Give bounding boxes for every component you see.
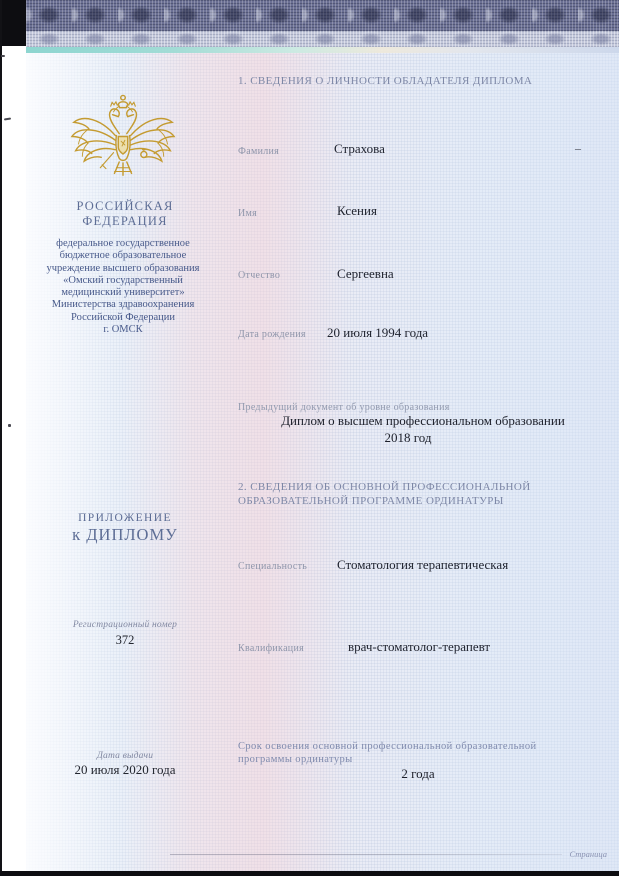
field-value-birthdate: 20 июля 1994 года bbox=[327, 325, 428, 341]
guilloche-border-dark bbox=[26, 0, 619, 31]
institution-name: федеральное государственное бюджетное об… bbox=[25, 238, 221, 336]
institution-line: «Омский государственный bbox=[25, 275, 221, 287]
institution-line: Российской Федерации bbox=[25, 312, 221, 324]
duration-label-line1: Срок освоения основной профессиональной … bbox=[238, 740, 537, 753]
doc-type-line1: ПРИЛОЖЕНИЕ bbox=[30, 512, 220, 524]
scan-edge-artifact bbox=[0, 0, 2, 876]
scan-speck bbox=[8, 424, 11, 427]
scan-speck bbox=[1, 55, 5, 57]
previous-document-value: Диплом о высшем профессиональном образов… bbox=[238, 413, 608, 429]
issue-date-value: 20 июля 2020 года bbox=[30, 762, 220, 778]
duration-label-line2: программы ординатуры bbox=[238, 753, 537, 766]
diploma-supplement-scan: РОССИЙСКАЯ ФЕДЕРАЦИЯ федеральное государ… bbox=[0, 0, 619, 876]
field-label-specialty: Специальность bbox=[238, 561, 307, 572]
country-name: РОССИЙСКАЯ ФЕДЕРАЦИЯ bbox=[30, 199, 220, 229]
section1-title: 1. СВЕДЕНИЯ О ЛИЧНОСТИ ОБЛАДАТЕЛЯ ДИПЛОМ… bbox=[238, 74, 532, 88]
section2-title: 2. СВЕДЕНИЯ ОБ ОСНОВНОЙ ПРОФЕССИОНАЛЬНОЙ… bbox=[238, 480, 531, 508]
field-label-birthdate: Дата рождения bbox=[238, 329, 306, 340]
field-value-specialty: Стоматология терапевтическая bbox=[337, 557, 508, 573]
scan-fold-line bbox=[170, 854, 562, 855]
section2-title-line1: 2. СВЕДЕНИЯ ОБ ОСНОВНОЙ ПРОФЕССИОНАЛЬНОЙ bbox=[238, 480, 531, 494]
field-label-surname: Фамилия bbox=[238, 146, 279, 157]
country-line2: ФЕДЕРАЦИЯ bbox=[30, 214, 220, 229]
field-label-qualification: Квалификация bbox=[238, 643, 304, 654]
institution-line: медицинский университет» bbox=[25, 287, 221, 299]
field-value-firstname: Ксения bbox=[337, 203, 377, 219]
institution-line: г. ОМСК bbox=[25, 324, 221, 336]
country-line1: РОССИЙСКАЯ bbox=[30, 199, 220, 214]
guilloche-border-accent bbox=[26, 47, 619, 53]
field-label-firstname: Имя bbox=[238, 208, 257, 219]
scan-bottom-artifact bbox=[0, 871, 619, 876]
section2-title-line2: ОБРАЗОВАТЕЛЬНОЙ ПРОГРАММЕ ОРДИНАТУРЫ bbox=[238, 494, 531, 508]
guilloche-border-light bbox=[26, 31, 619, 47]
previous-document-label: Предыдущий документ об уровне образовани… bbox=[238, 402, 450, 413]
registration-number-value: 372 bbox=[30, 633, 220, 648]
issue-date-label: Дата выдачи bbox=[30, 751, 220, 761]
page-footer-label: Страница bbox=[570, 849, 608, 859]
institution-line: федеральное государственное bbox=[25, 238, 221, 250]
scan-corner-artifact bbox=[0, 0, 26, 46]
registration-number-label: Регистрационный номер bbox=[30, 620, 220, 630]
field-value-patronymic: Сергеевна bbox=[337, 266, 394, 282]
field-value-qualification: врач-стоматолог-терапевт bbox=[348, 639, 490, 655]
margin-dash-mark: – bbox=[575, 141, 581, 156]
institution-line: Министерства здравоохранения bbox=[25, 299, 221, 311]
field-value-surname: Страхова bbox=[334, 141, 385, 157]
institution-line: учреждение высшего образования bbox=[25, 263, 221, 275]
russia-coat-of-arms-icon bbox=[66, 92, 180, 198]
institution-line: бюджетное образовательное bbox=[25, 250, 221, 262]
duration-value: 2 года bbox=[238, 766, 598, 782]
previous-document-year: 2018 год bbox=[238, 430, 578, 446]
duration-label: Срок освоения основной профессиональной … bbox=[238, 740, 537, 766]
doc-type-line2: к ДИПЛОМУ bbox=[30, 525, 220, 545]
scan-speck bbox=[4, 118, 11, 121]
field-label-patronymic: Отчество bbox=[238, 270, 280, 281]
